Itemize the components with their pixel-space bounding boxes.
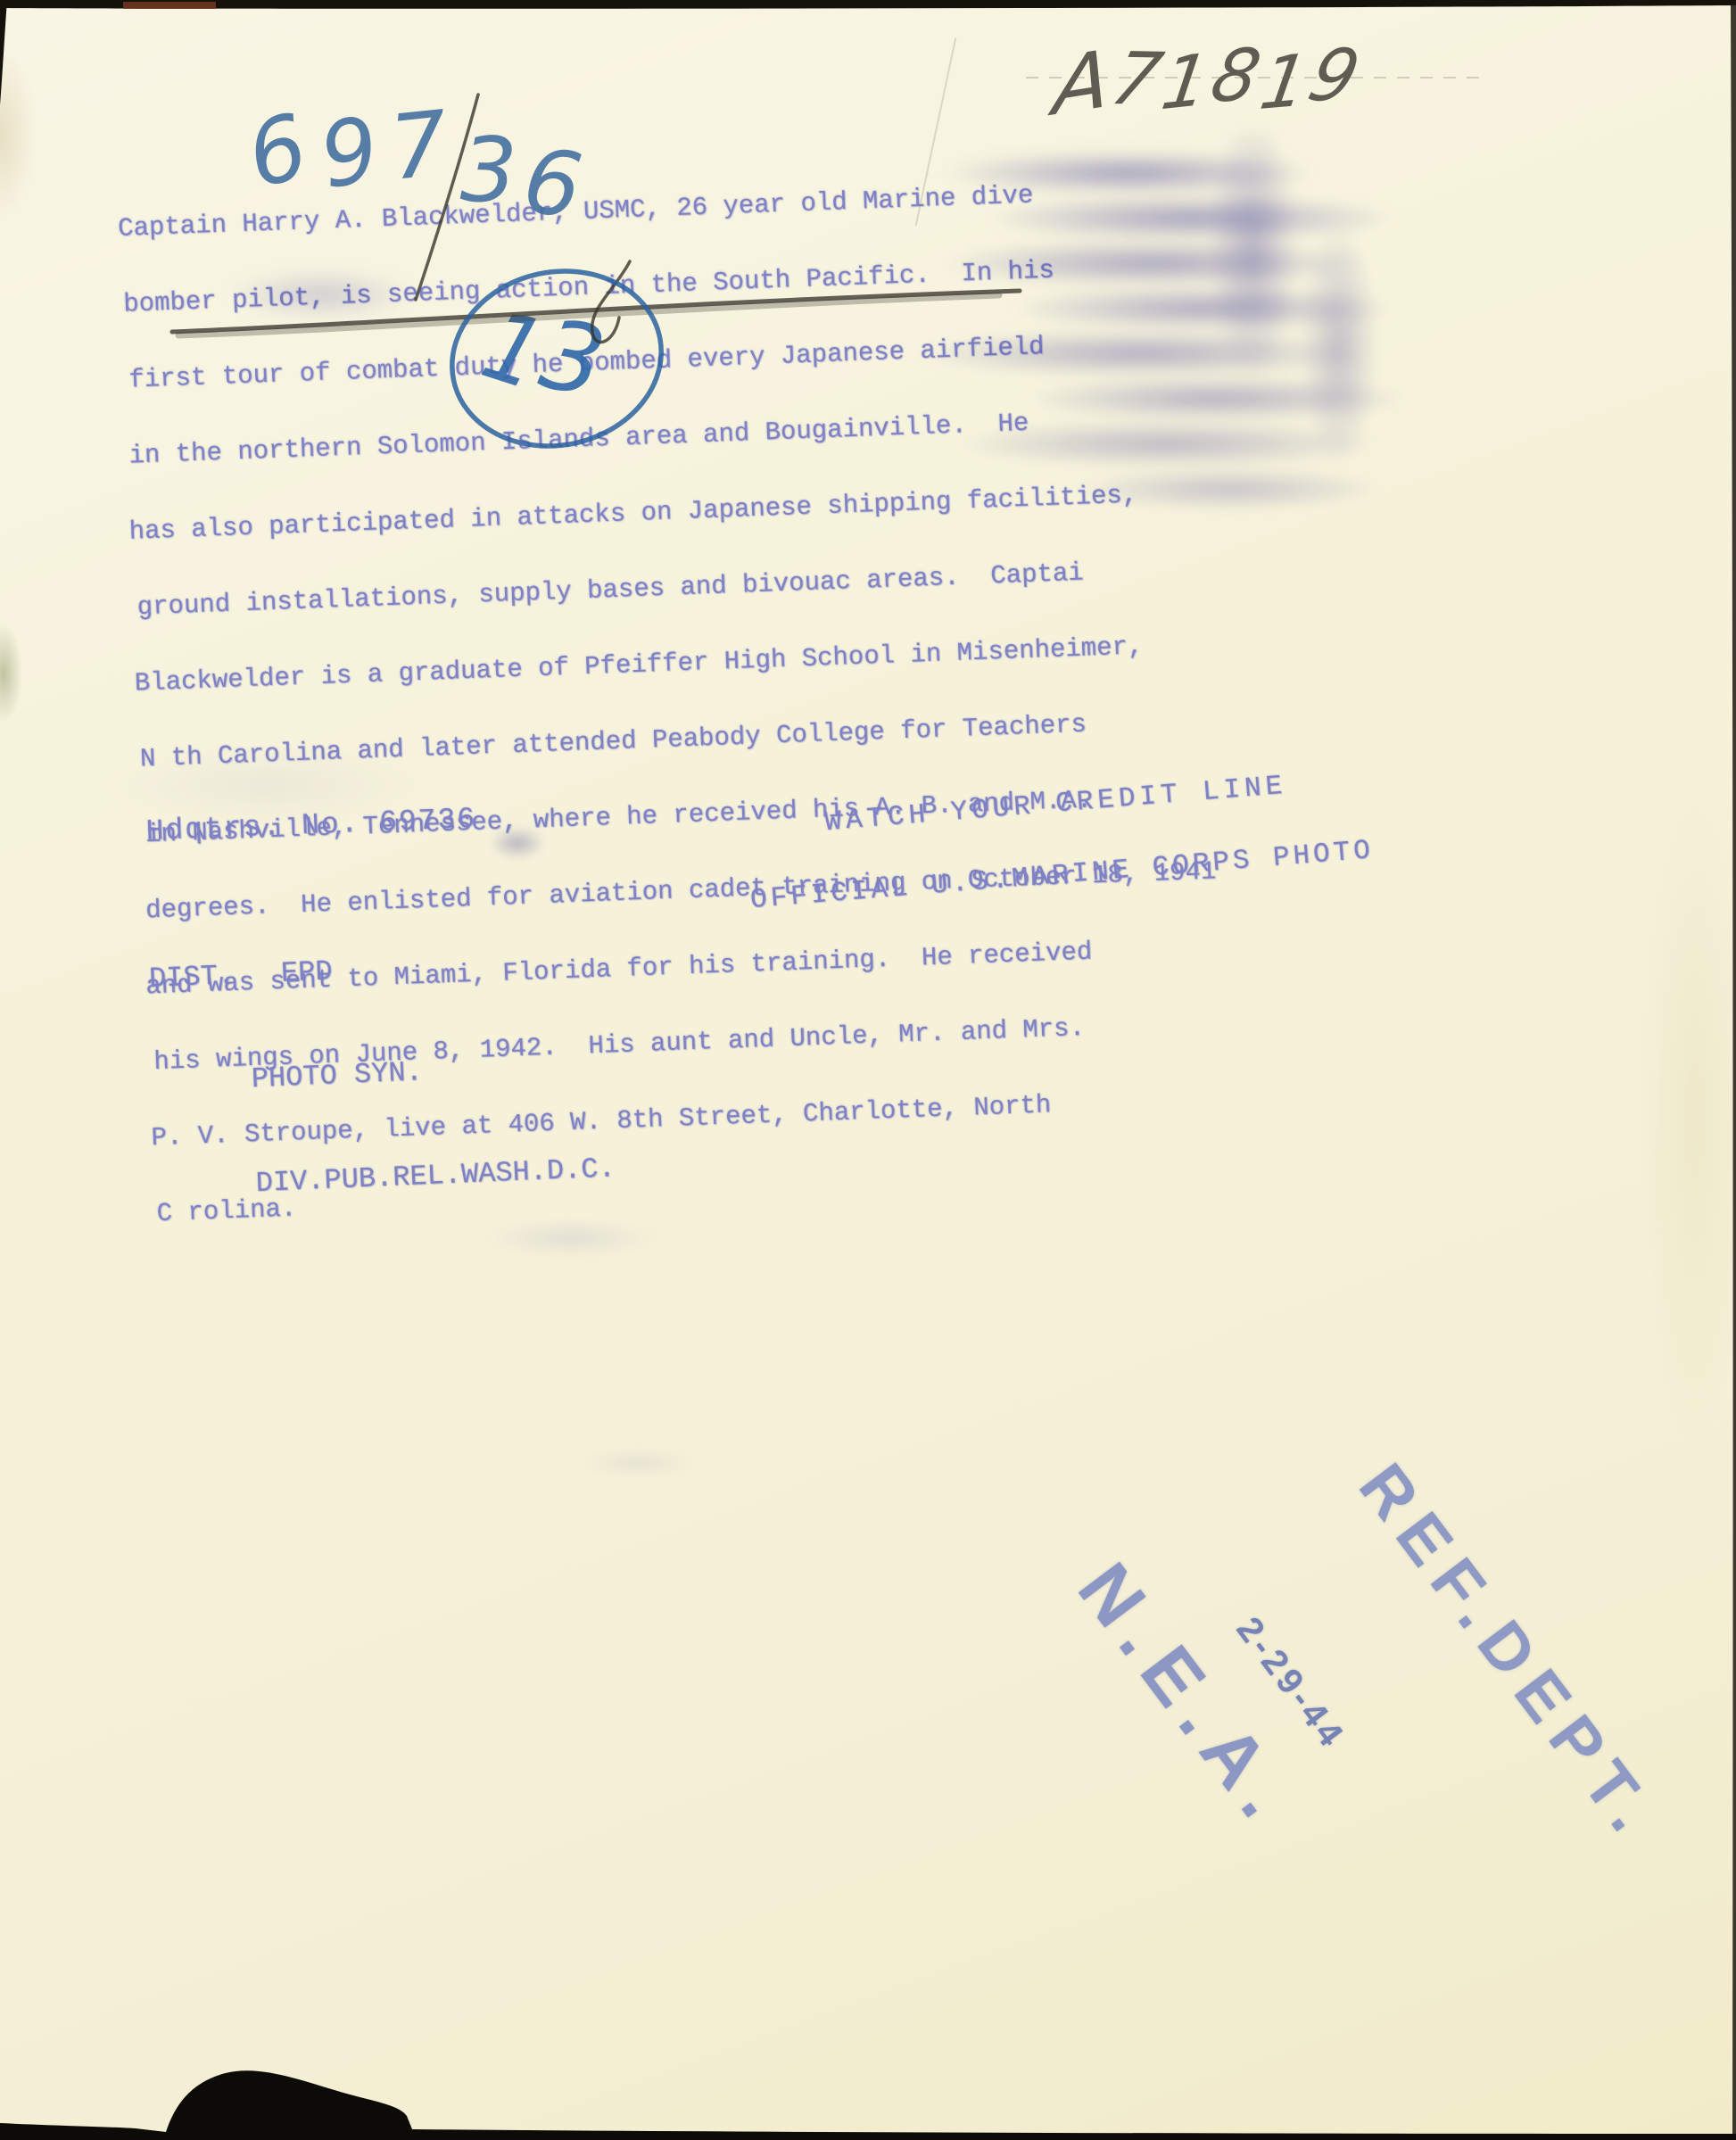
handwritten-negative-number: 69736 [244, 73, 606, 202]
distribution-label: DIST. [148, 959, 235, 996]
stamp-department: REF.DEPT. [1344, 1450, 1676, 1855]
photo-verso-scan: Captain Harry A. Blackwelder, USMC, 26 y… [0, 0, 1736, 2140]
distribution-item: DIV.PUB.REL.WASH.D.C. [255, 1151, 616, 1201]
distribution-list: DIST.EPD PHOTO SYN. DIV.PUB.REL.WASH.D.C… [145, 873, 619, 1275]
paper-scratch [1026, 77, 1481, 78]
ink-smudge-small [178, 241, 464, 348]
circled-number: 13 [485, 283, 612, 402]
scan-edge-top-red [123, 2, 216, 9]
ink-smudge-hdqtrs [464, 812, 571, 874]
caption-line: ground installations, supply bases and b… [136, 547, 1206, 630]
caption-line: Blackwelder is a graduate of Pfeiffer Hi… [134, 623, 1209, 706]
scan-edge-left [0, 0, 7, 105]
distribution-item: PHOTO SYN. [251, 1046, 612, 1096]
distribution-item: EPD [280, 954, 333, 989]
scan-edge-top [0, 0, 1736, 9]
credit-line-2: OFFICIAL U.S.MARINE CORPS PHOTO [749, 831, 1376, 921]
credit-line-1: WATCH YOUR CREDIT LINE [823, 760, 1369, 843]
torn-corner-and-bottom-edge [0, 2070, 1736, 2140]
caption-line: has also participated in attacks on Japa… [128, 471, 1203, 554]
caption-line: in the northern Solomon Islands area and… [128, 395, 1201, 478]
distribution-row: DIST.EPD [148, 942, 607, 996]
scan-edge-right [1731, 0, 1736, 2140]
